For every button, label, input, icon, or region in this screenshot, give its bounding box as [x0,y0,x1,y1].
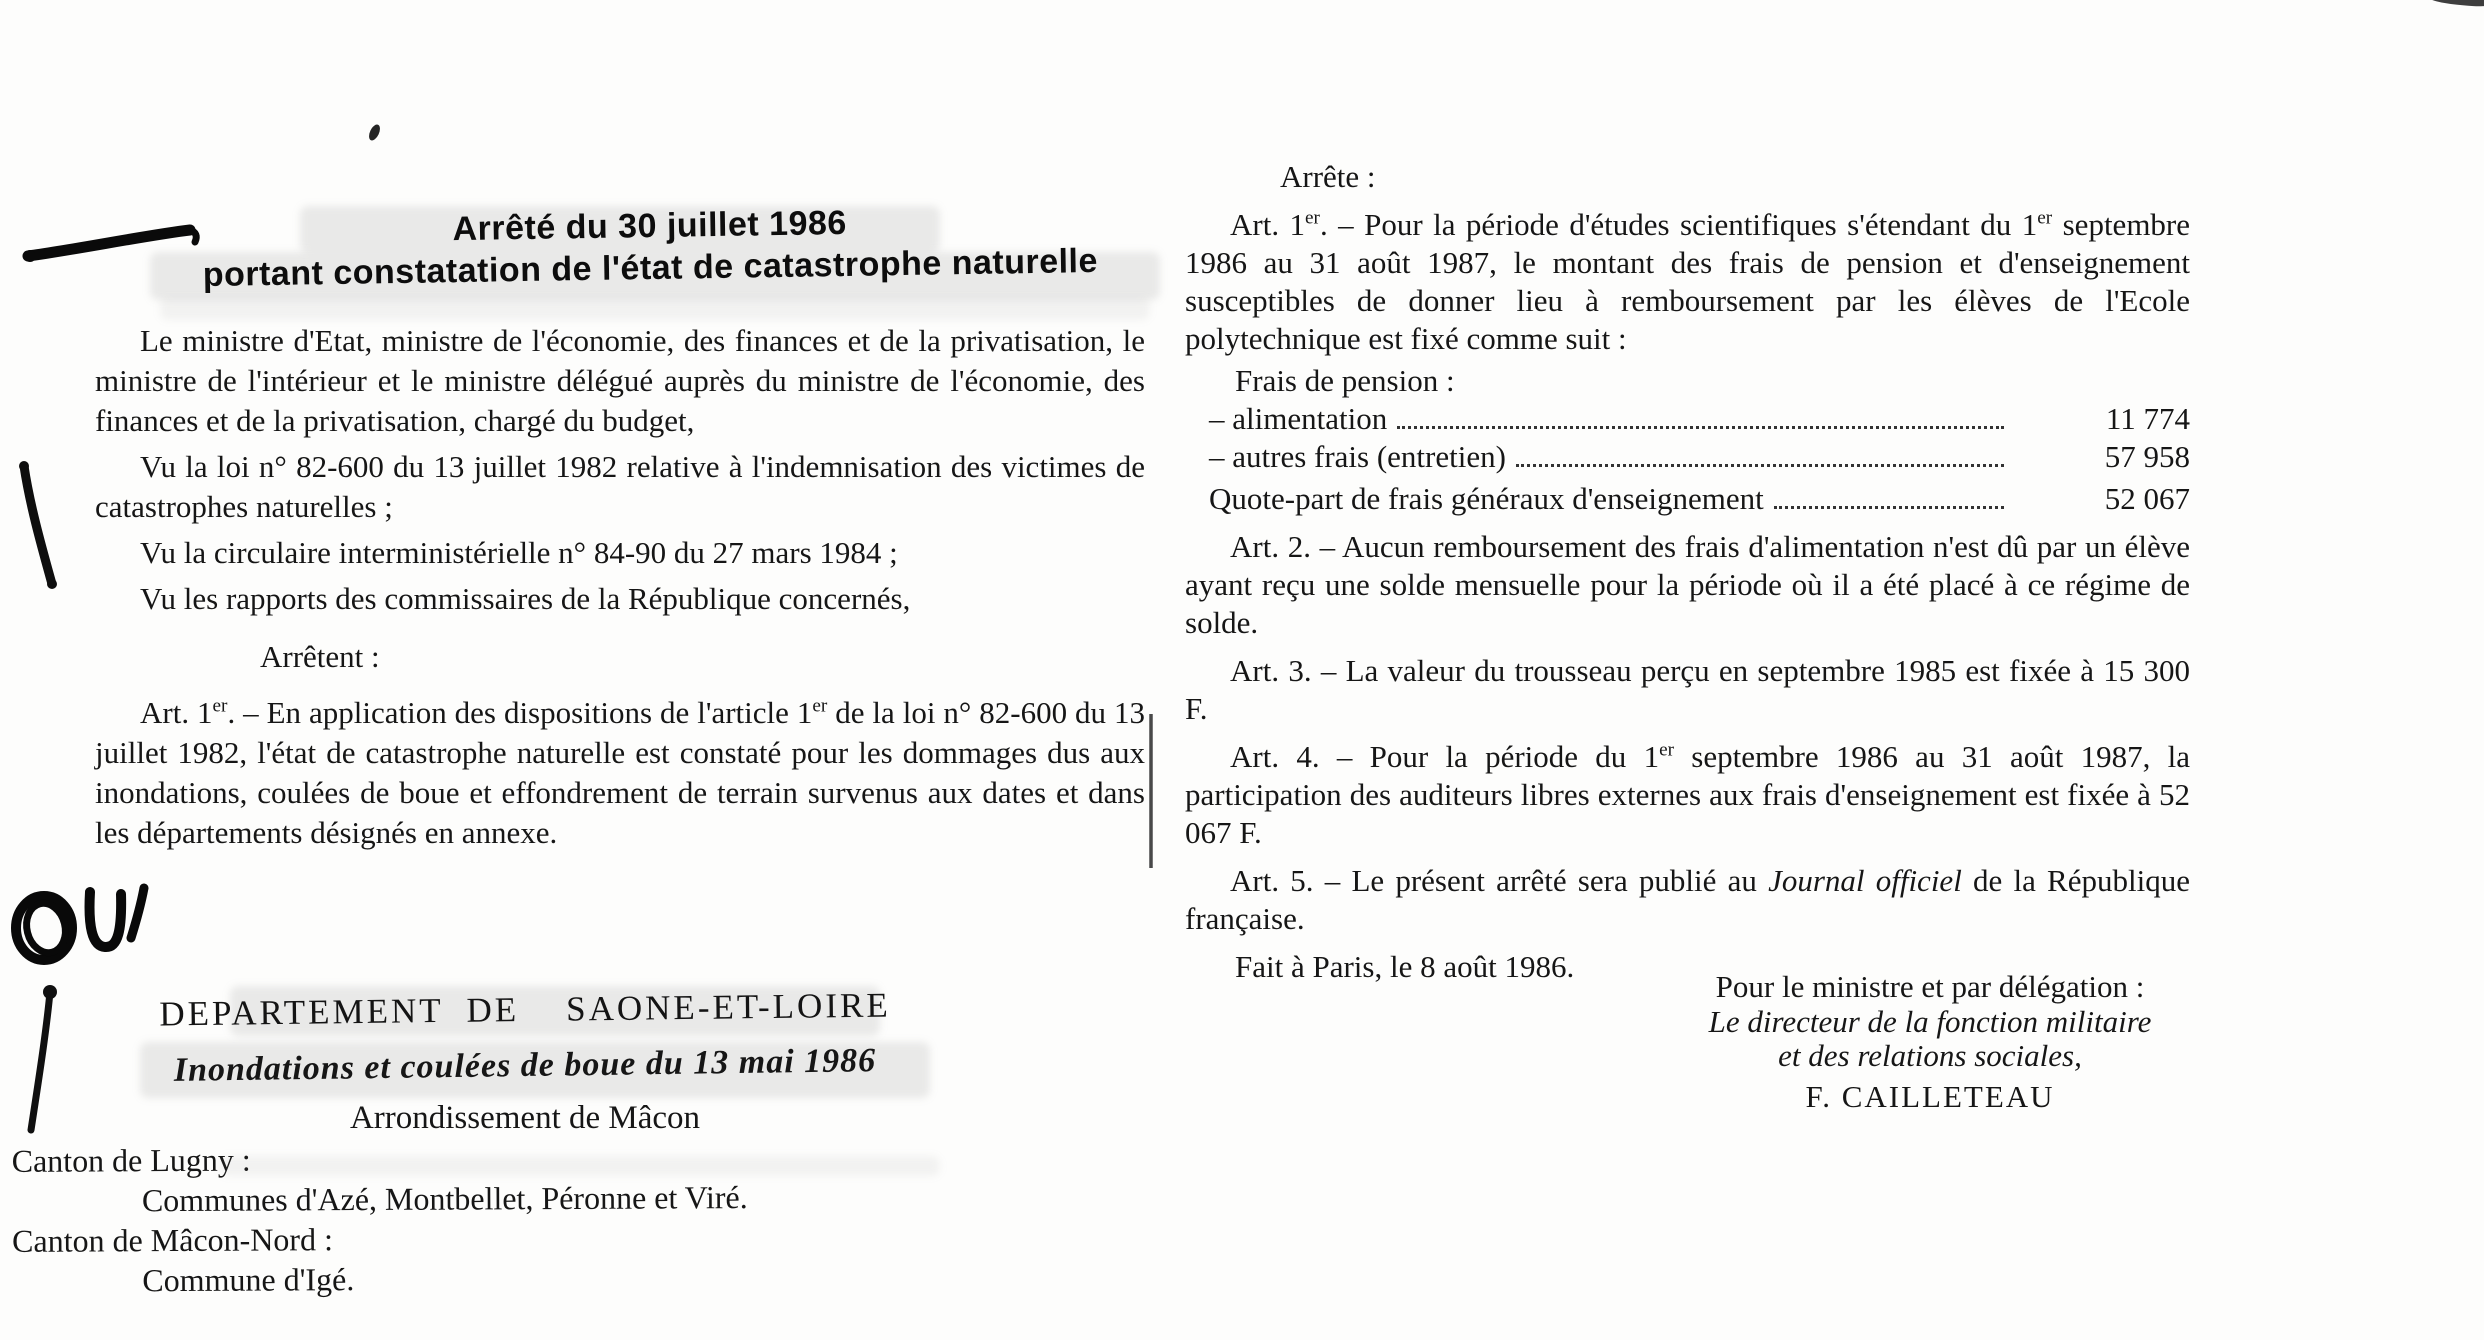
fee-label: – alimentation [1209,400,1387,438]
department-header: DEPARTEMENT DE SAONE-ET-LOIRE [70,982,980,1037]
frais-pension-header: Frais de pension : [1185,362,2190,400]
article-2: Art. 2. – Aucun remboursement des frais … [1185,528,2190,642]
article-4-lead: Art. 4. – Pour la période du 1 [1230,739,1659,774]
superscript-er: er [1305,208,1320,229]
superscript-er: er [1659,740,1674,761]
signature-block: Pour le ministre et par délégation : Le … [1550,968,2310,1115]
right-column: Arrête : Art. 1er. – Pour la période d'é… [1185,158,2190,986]
superscript-er: er [2037,208,2052,229]
vu-item-1: Vu la loi n° 82-600 du 13 juillet 1982 r… [95,447,1145,527]
superscript-er: er [213,696,228,717]
journal-officiel-italic: Journal officiel [1768,863,1962,898]
signature-title-line-2: et des relations sociales, [1550,1039,2310,1073]
communes-item: Commune d'Igé. [12,1255,1112,1301]
article-5: Art. 5. – Le présent arrêté sera publié … [1185,862,2190,938]
signature-name: F. CAILLETEAU [1550,1079,2310,1115]
annexe-department-block: DEPARTEMENT DE SAONE-ET-LOIRE Inondation… [70,988,980,1140]
signature-title-line-1: Le directeur de la fonction militaire [1550,1005,2310,1039]
scanned-journal-officiel-page: Arrêté du 30 juillet 1986 portant consta… [0,0,2484,1340]
pen-stroke-horizontal [18,218,214,268]
canton-item: Canton de Mâcon-Nord : [12,1215,1112,1261]
article-3: Art. 3. – La valeur du trousseau perçu e… [1185,652,2190,728]
arrete-label: Arrête : [1280,158,2190,196]
preamble-paragraph: Le ministre d'Etat, ministre de l'économ… [95,321,1145,441]
article-1-right: Art. 1er. – Pour la période d'études sci… [1185,206,2190,358]
quote-part-line: Quote-part de frais généraux d'enseignem… [1185,480,2190,518]
signature-delegation-line: Pour le ministre et par délégation : [1550,968,2310,1005]
dotted-leader [1516,463,2004,467]
arrete-title: Arrêté du 30 juillet 1986 portant consta… [154,197,1145,297]
fee-label: Quote-part de frais généraux d'enseignem… [1209,480,1764,518]
pen-stroke-vertical-long [18,982,70,1142]
article-1-left-lead: Art. 1 [140,695,213,730]
article-1-right-mid: . – Pour la période d'études scientifiqu… [1320,207,2037,242]
scan-edge-mark [2428,0,2484,8]
fee-line-alimentation: – alimentation 11 774 [1185,400,2190,438]
article-1-left-mid: . – En application des dispositions de l… [227,695,812,730]
dotted-leader [1774,505,2004,509]
scan-smudge [220,1156,940,1176]
scan-speck [367,123,382,142]
vu-item-3: Vu les rapports des commissaires de la R… [95,579,1145,619]
article-4: Art. 4. – Pour la période du 1er septemb… [1185,738,2190,852]
arretent-label: Arrêtent : [260,637,1145,677]
article-1-left: Art. 1er. – En application des dispositi… [95,693,1145,853]
fee-line-autres-frais: – autres frais (entretien) 57 958 [1185,438,2190,476]
dotted-leader [1397,425,2004,429]
fee-value: 57 958 [2040,438,2190,476]
handwritten-oui-mark [4,876,184,976]
article-1-right-lead: Art. 1 [1230,207,1305,242]
vu-item-2: Vu la circulaire interministérielle n° 8… [95,533,1145,573]
article-5-lead: Art. 5. – Le présent arrêté sera publié … [1230,863,1768,898]
scan-smudge [160,298,1150,320]
fee-value: 52 067 [2040,480,2190,518]
fee-value: 11 774 [2040,400,2190,438]
fee-label: – autres frais (entretien) [1209,438,1506,476]
event-title-line: Inondations et coulées de boue du 13 mai… [70,1038,981,1095]
communes-item: Communes d'Azé, Montbellet, Péronne et V… [12,1175,1112,1221]
pen-stroke-vertical-left [12,456,74,598]
arrondissement-line: Arrondissement de Mâcon [70,1096,980,1140]
superscript-er: er [812,696,827,717]
column-divider-line [1146,710,1158,874]
